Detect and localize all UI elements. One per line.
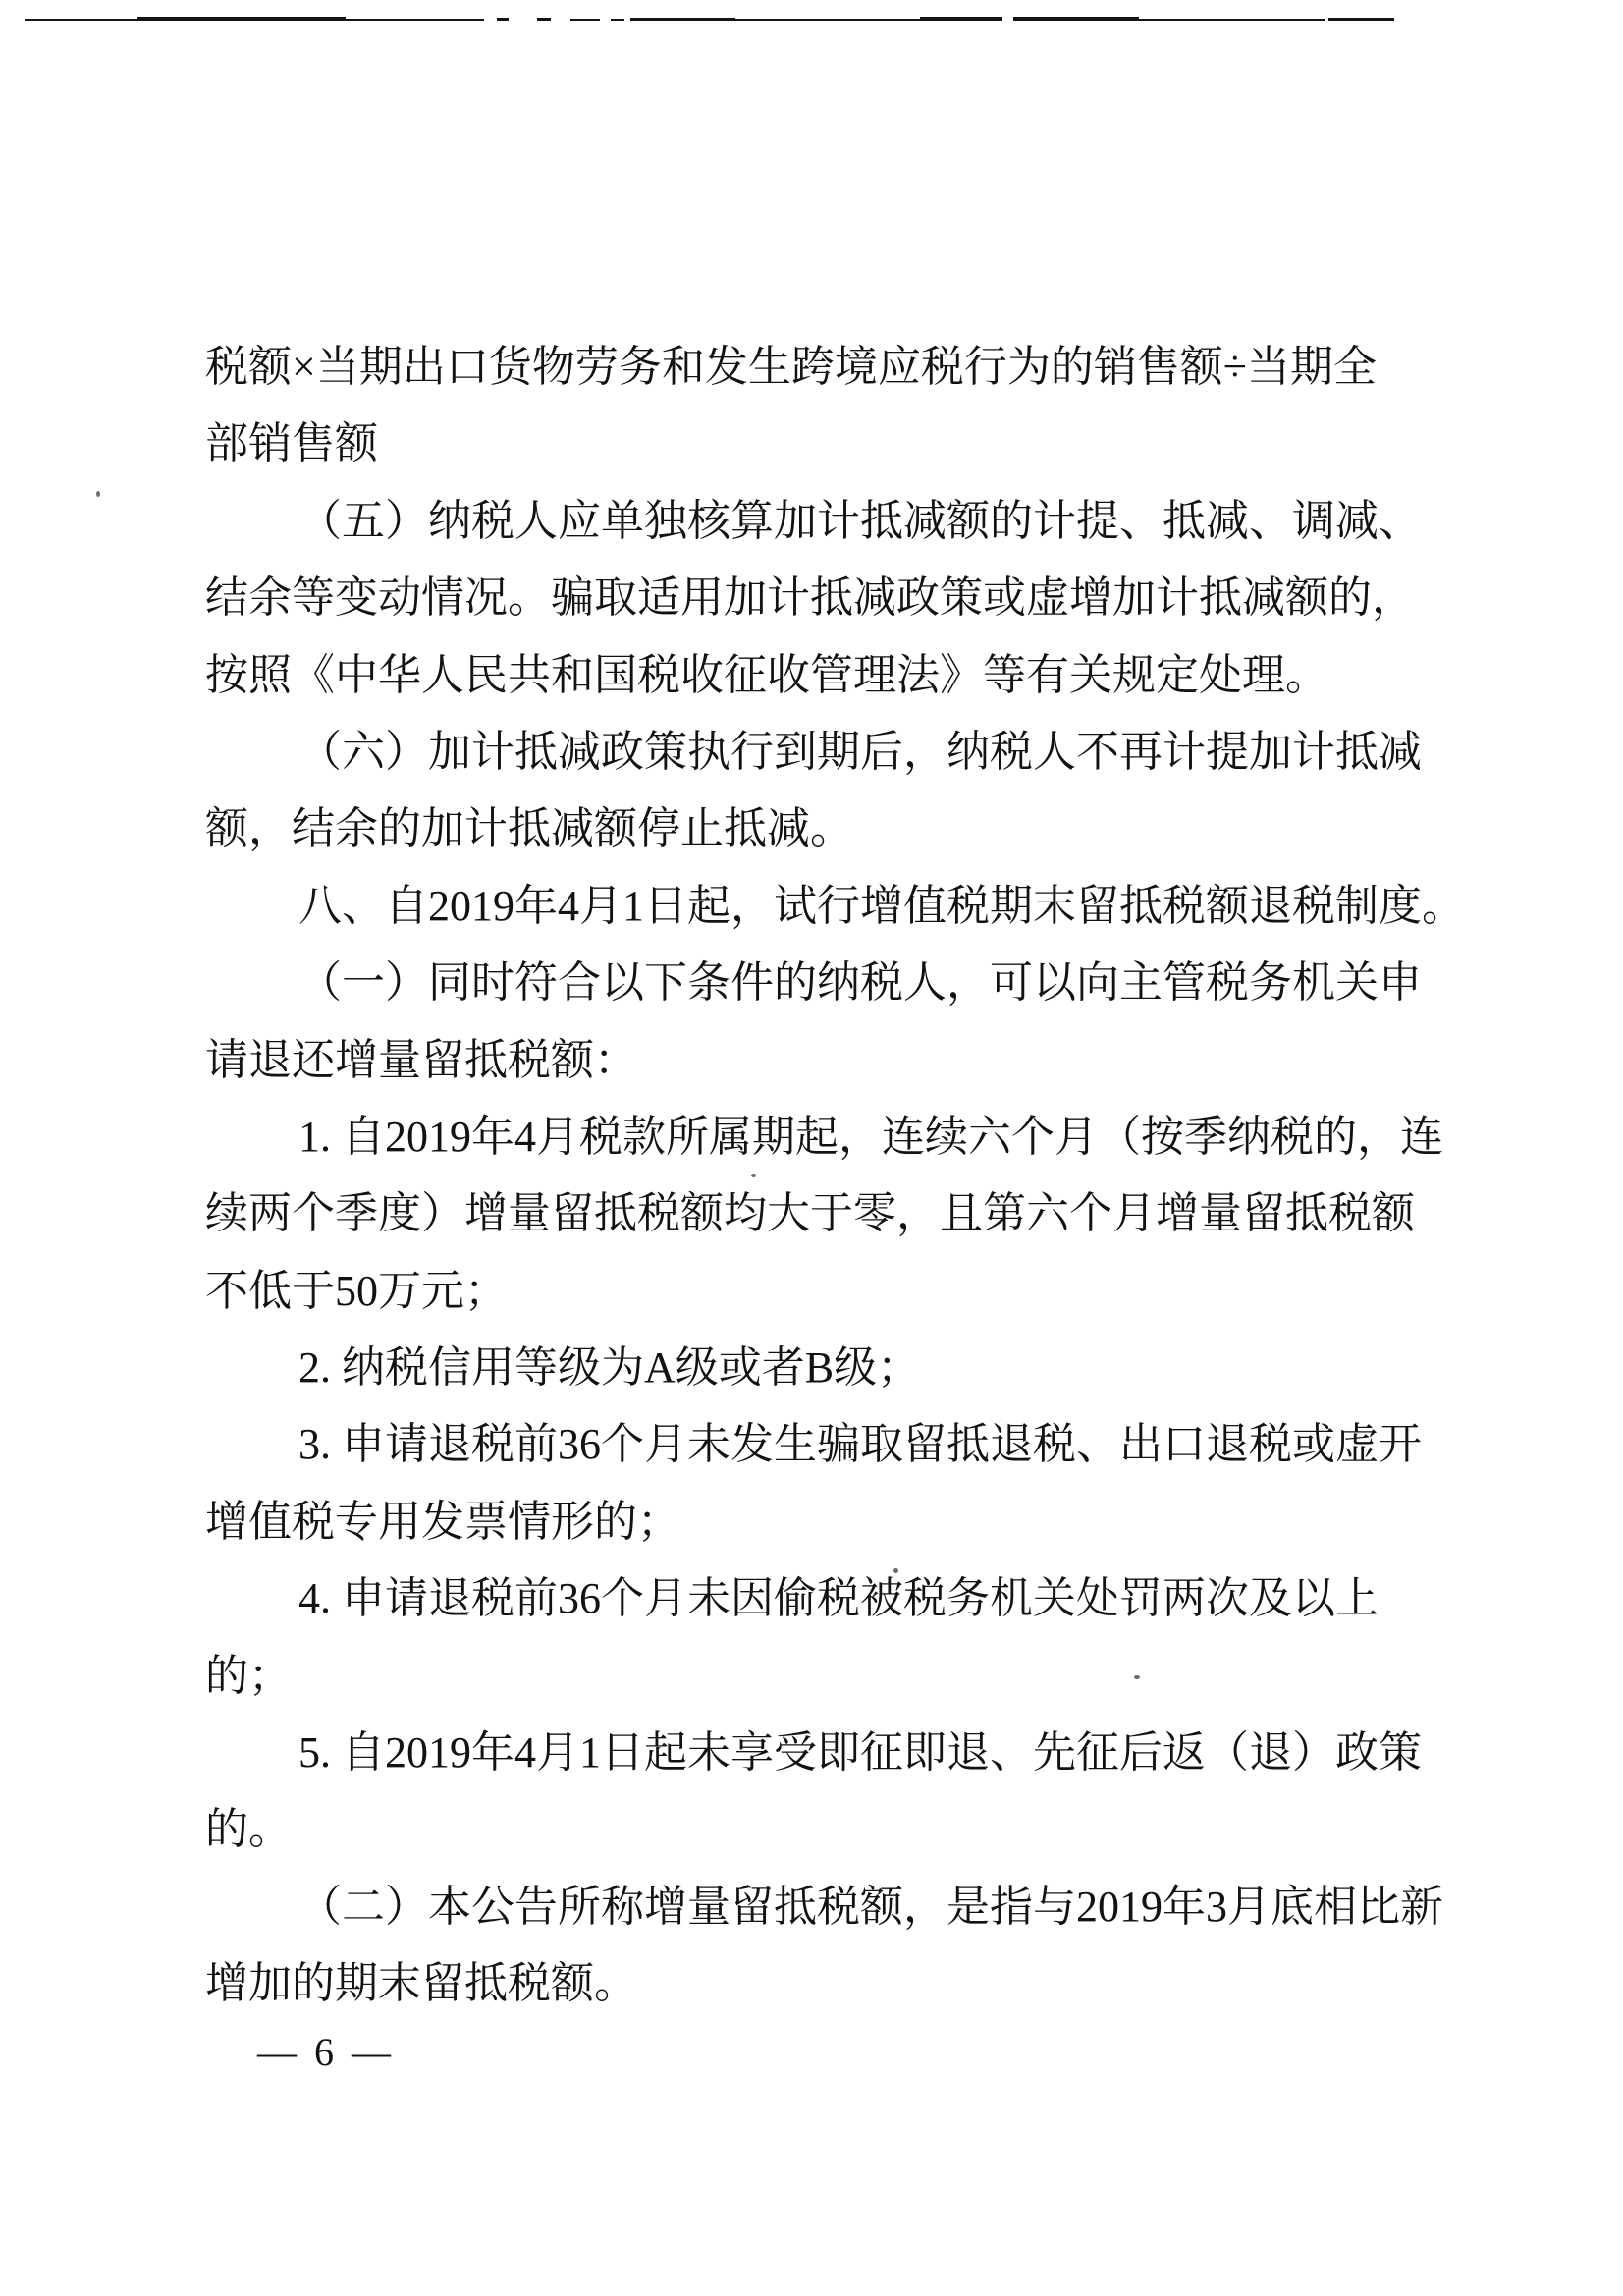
scan-artifact-segment: [611, 19, 624, 21]
text-line: 增加的期末留抵税额。: [205, 1945, 1472, 2022]
page-number: — 6 —: [257, 2029, 395, 2075]
text-line: 的。: [205, 1791, 1472, 1868]
text-line: 4. 申请退税前36个月未因偷税被税务机关处罚两次及以上: [205, 1560, 1472, 1637]
scan-artifact-segment: [1013, 17, 1139, 21]
text-line: 按照《中华人民共和国税收征收管理法》等有关规定处理。: [205, 637, 1472, 714]
scan-artifact-segment: [570, 19, 600, 21]
text-line: 1. 自2019年4月税款所属期起，连续六个月（按季纳税的，连: [205, 1099, 1472, 1175]
scan-artifact-segment: [735, 19, 920, 21]
text-line: 部销售额: [205, 406, 1472, 482]
scanned-page: 税额×当期出口货物劳务和发生跨境应税行为的销售额÷当期全部销售额（五）纳税人应单…: [0, 0, 1623, 2296]
scan-artifact-segment: [1139, 19, 1325, 21]
text-line: 请退还增量留抵税额：: [205, 1022, 1472, 1099]
text-line: 2. 纳税信用等级为A级或者B级；: [205, 1330, 1472, 1406]
scan-artifact-line: [0, 0, 1623, 39]
text-line: 增值税专用发票情形的；: [205, 1484, 1472, 1560]
scan-artifact-segment: [137, 17, 346, 21]
text-line: （六）加计抵减政策执行到期后，纳税人不再计提加计抵减: [205, 714, 1472, 791]
text-line: 不低于50万元；: [205, 1253, 1472, 1330]
text-line: 税额×当期出口货物劳务和发生跨境应税行为的销售额÷当期全: [205, 329, 1472, 406]
scan-artifact-segment: [537, 18, 551, 21]
text-line: 5. 自2019年4月1日起未享受即征即退、先征后返（退）政策: [205, 1715, 1472, 1791]
scan-artifact-segment: [1328, 18, 1394, 21]
text-line: 结余等变动情况。骗取适用加计抵减政策或虚增加计抵减额的，: [205, 560, 1472, 636]
scan-artifact-segment: [630, 18, 735, 21]
text-line: 八、自2019年4月1日起，试行增值税期末留抵税额退税制度。: [205, 868, 1472, 945]
scan-artifact-segment: [920, 17, 1002, 21]
text-line: 3. 申请退税前36个月未发生骗取留抵退税、出口退税或虚开: [205, 1406, 1472, 1483]
text-line: （二）本公告所称增量留抵税额，是指与2019年3月底相比新: [205, 1869, 1472, 1945]
scan-speck: [96, 491, 100, 497]
text-line: 额，结余的加计抵减额停止抵减。: [205, 791, 1472, 867]
text-line: （五）纳税人应单独核算加计抵减额的计提、抵减、调减、: [205, 483, 1472, 560]
scan-artifact-segment: [497, 18, 509, 21]
text-line: （一）同时符合以下条件的纳税人，可以向主管税务机关申: [205, 945, 1472, 1021]
body-text: 税额×当期出口货物劳务和发生跨境应税行为的销售额÷当期全部销售额（五）纳税人应单…: [205, 329, 1472, 2023]
text-line: 续两个季度）增量留抵税额均大于零，且第六个月增量留抵税额: [205, 1175, 1472, 1252]
text-line: 的；: [205, 1638, 1472, 1715]
